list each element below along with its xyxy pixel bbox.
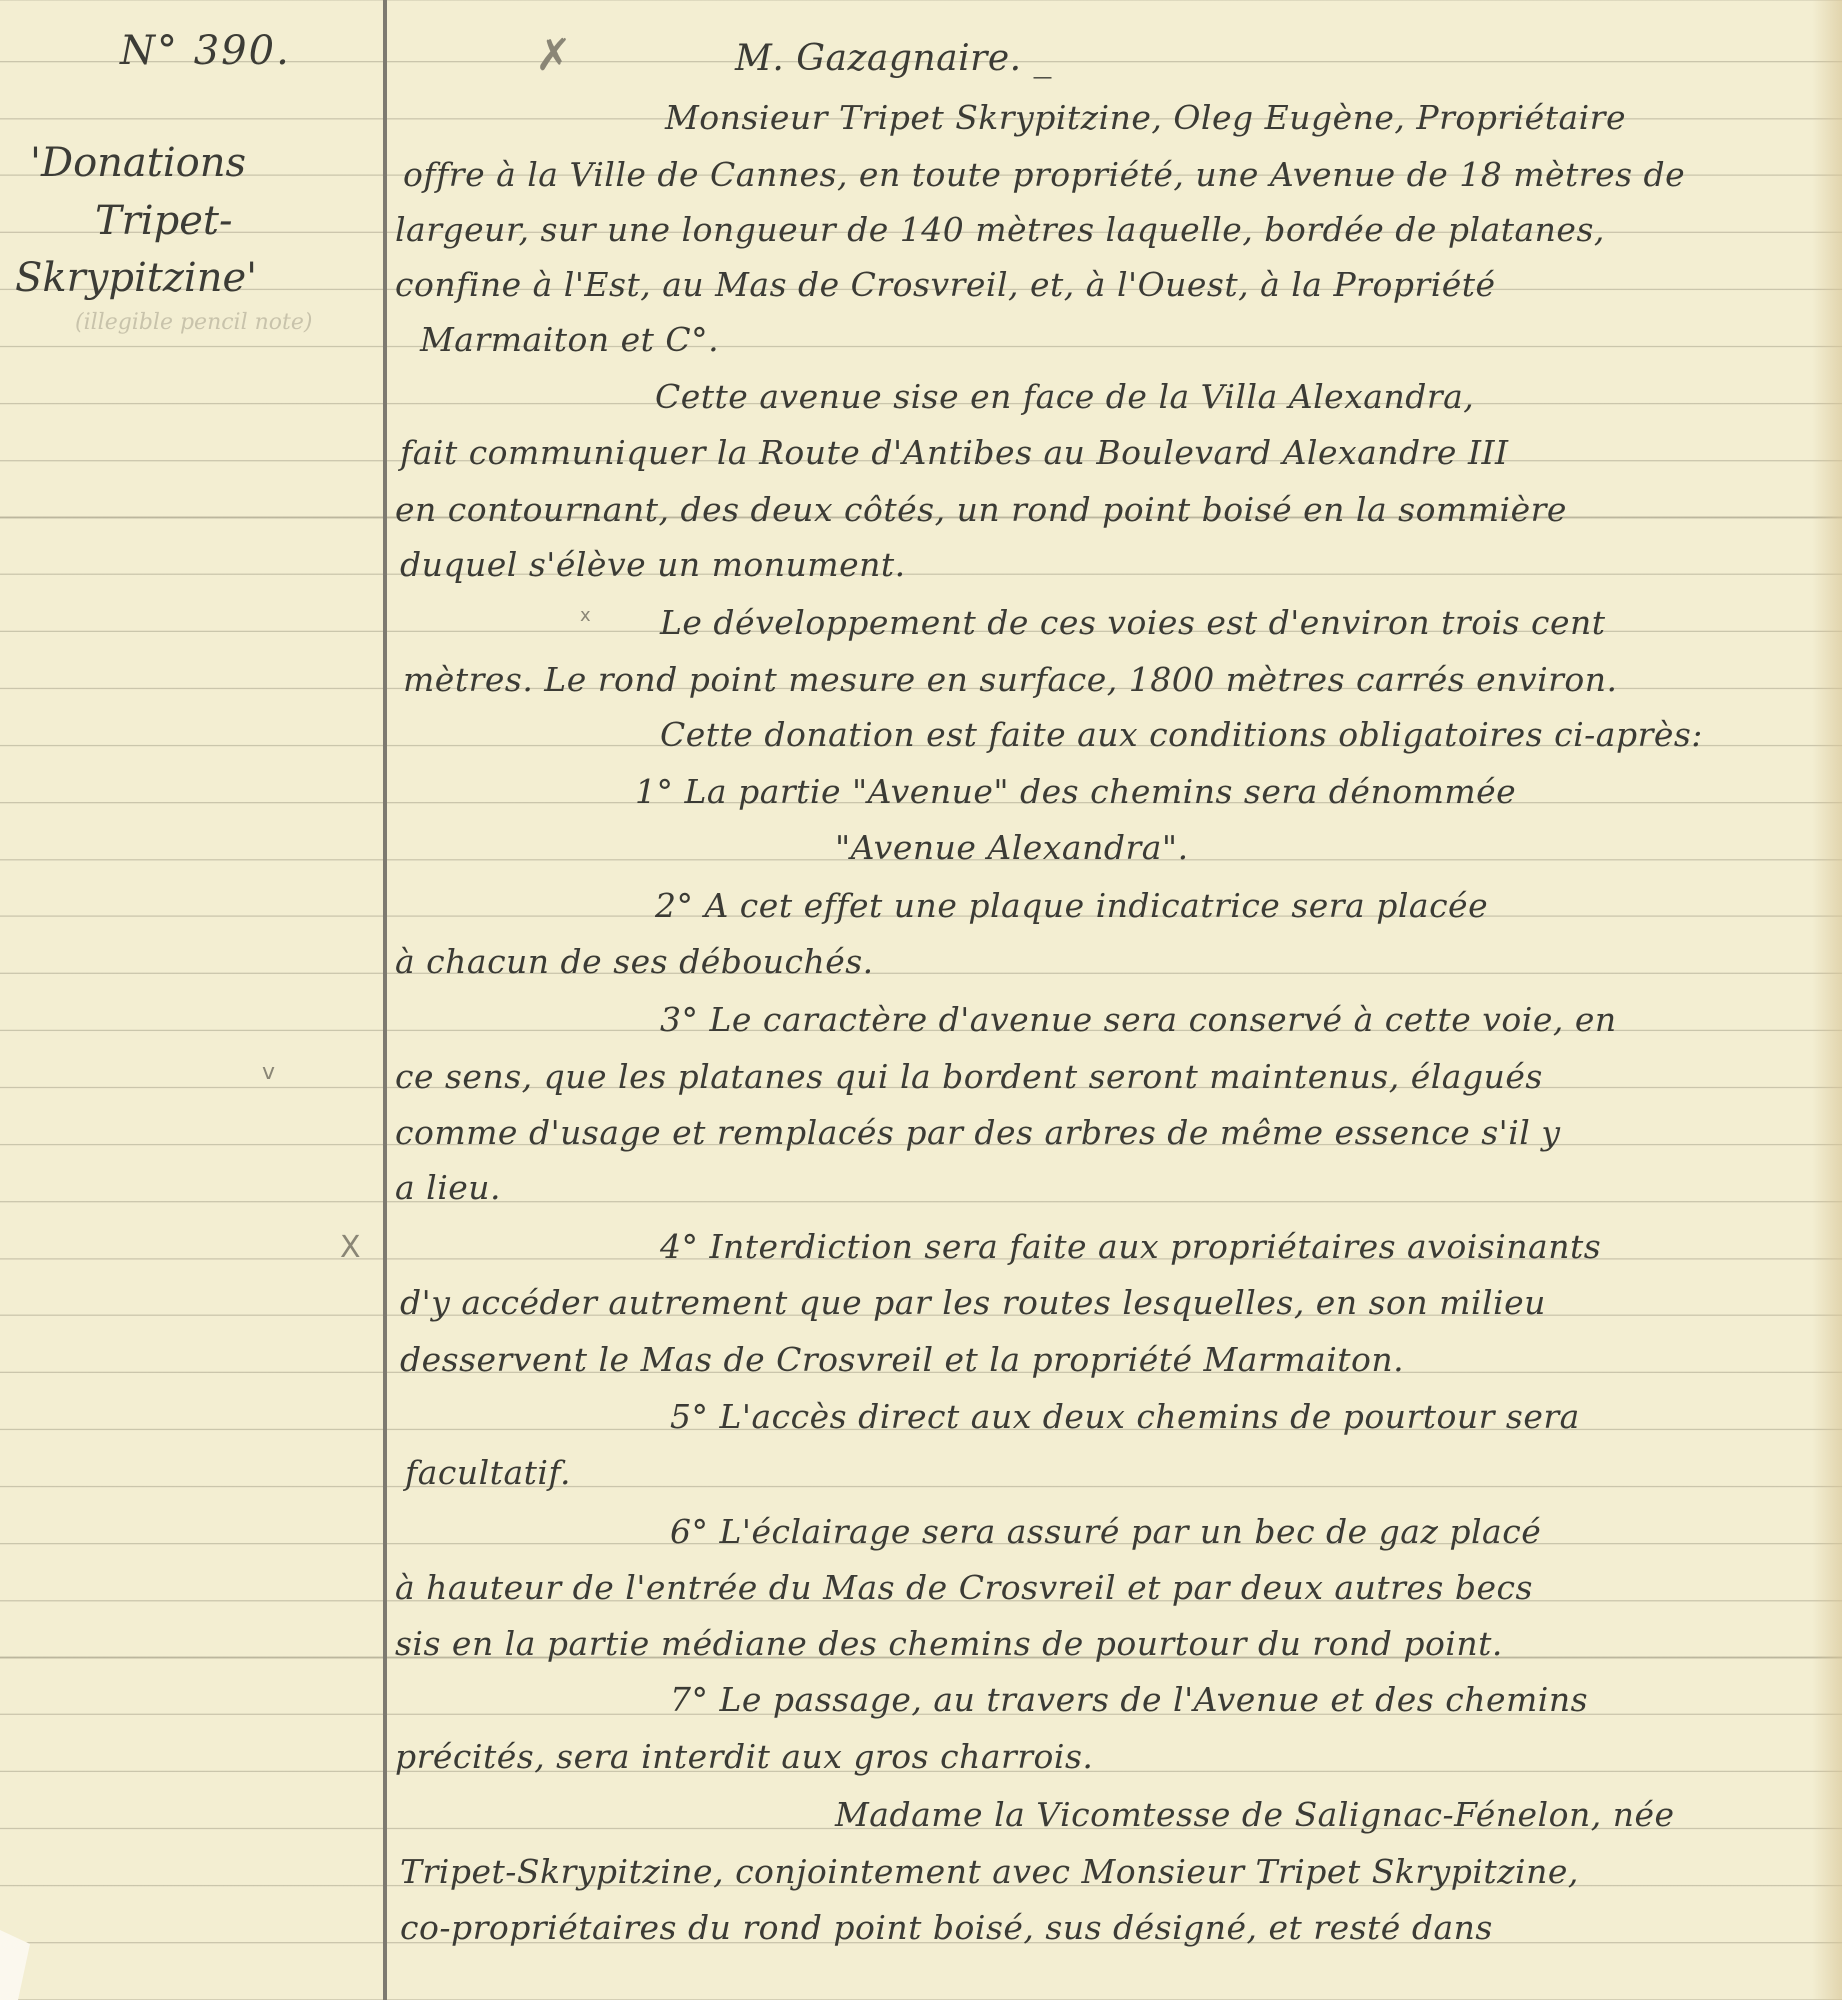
- entry-number: N° 390.: [120, 28, 291, 74]
- margin-title-line-3: Skrypitzine': [15, 255, 257, 301]
- check-mark-icon: v: [262, 1060, 275, 1085]
- text-line: 5° L'accès direct aux deux chemins de po…: [670, 1397, 1580, 1436]
- text-line: à chacun de ses débouchés.: [395, 942, 874, 981]
- text-line: co-propriétaires du rond point boisé, su…: [400, 1908, 1493, 1947]
- text-line: précités, sera interdit aux gros charroi…: [395, 1737, 1093, 1776]
- text-line: sis en la partie médiane des chemins de …: [395, 1624, 1503, 1663]
- register-page: N° 390. 'Donations Tripet- Skrypitzine' …: [0, 0, 1842, 2000]
- text-line: 6° L'éclairage sera assuré par un bec de…: [670, 1512, 1541, 1551]
- text-line: 7° Le passage, au travers de l'Avenue et…: [670, 1680, 1588, 1719]
- faint-pencil-note: (illegible pencil note): [75, 310, 312, 335]
- text-line: 1° La partie "Avenue" des chemins sera d…: [635, 772, 1516, 811]
- text-line: confine à l'Est, au Mas de Crosvreil, et…: [395, 265, 1496, 304]
- text-line: desservent le Mas de Crosvreil et la pro…: [400, 1340, 1404, 1379]
- text-line: Monsieur Tripet Skrypitzine, Oleg Eugène…: [665, 98, 1626, 137]
- text-line: duquel s'élève un monument.: [400, 545, 906, 584]
- text-line: largeur, sur une longueur de 140 mètres …: [395, 210, 1605, 249]
- margin-column: N° 390. 'Donations Tripet- Skrypitzine' …: [0, 0, 380, 2000]
- text-line: Cette donation est faite aux conditions …: [660, 715, 1703, 754]
- text-line: Cette avenue sise en face de la Villa Al…: [655, 377, 1474, 416]
- text-line: 3° Le caractère d'avenue sera conservé à…: [660, 1000, 1617, 1039]
- text-line: ce sens, que les platanes qui la bordent…: [395, 1057, 1543, 1096]
- text-line: à hauteur de l'entrée du Mas de Crosvrei…: [395, 1568, 1533, 1607]
- text-line: 4° Interdiction sera faite aux propriéta…: [660, 1227, 1601, 1266]
- text-line: Marmaiton et C°.: [420, 320, 719, 359]
- text-line: Tripet-Skrypitzine, conjointement avec M…: [400, 1852, 1579, 1891]
- entry-heading: M. Gazagnaire. _: [735, 38, 1052, 79]
- margin-title-line-2: Tripet-: [95, 198, 232, 244]
- text-line: mètres. Le rond point mesure en surface,…: [403, 660, 1618, 699]
- text-line: offre à la Ville de Cannes, en toute pro…: [403, 155, 1685, 194]
- text-line: fait communiquer la Route d'Antibes au B…: [400, 433, 1509, 472]
- handwritten-body: M. Gazagnaire. _Monsieur Tripet Skrypitz…: [395, 0, 1825, 2000]
- text-line: 2° A cet effet une plaque indicatrice se…: [655, 886, 1488, 925]
- text-line: Madame la Vicomtesse de Salignac-Fénelon…: [835, 1795, 1675, 1834]
- text-line: a lieu.: [395, 1168, 501, 1207]
- text-line: facultatif.: [405, 1453, 571, 1492]
- text-line: comme d'usage et remplacés par des arbre…: [395, 1113, 1560, 1152]
- text-line: d'y accéder autrement que par les routes…: [400, 1283, 1546, 1322]
- text-line: Le développement de ces voies est d'envi…: [660, 603, 1606, 642]
- margin-rule: [383, 0, 387, 2000]
- text-line: "Avenue Alexandra".: [835, 828, 1189, 867]
- cross-mark-icon: X: [340, 1230, 361, 1265]
- text-line: en contournant, des deux côtés, un rond …: [395, 490, 1567, 529]
- margin-title-line-1: 'Donations: [30, 140, 246, 186]
